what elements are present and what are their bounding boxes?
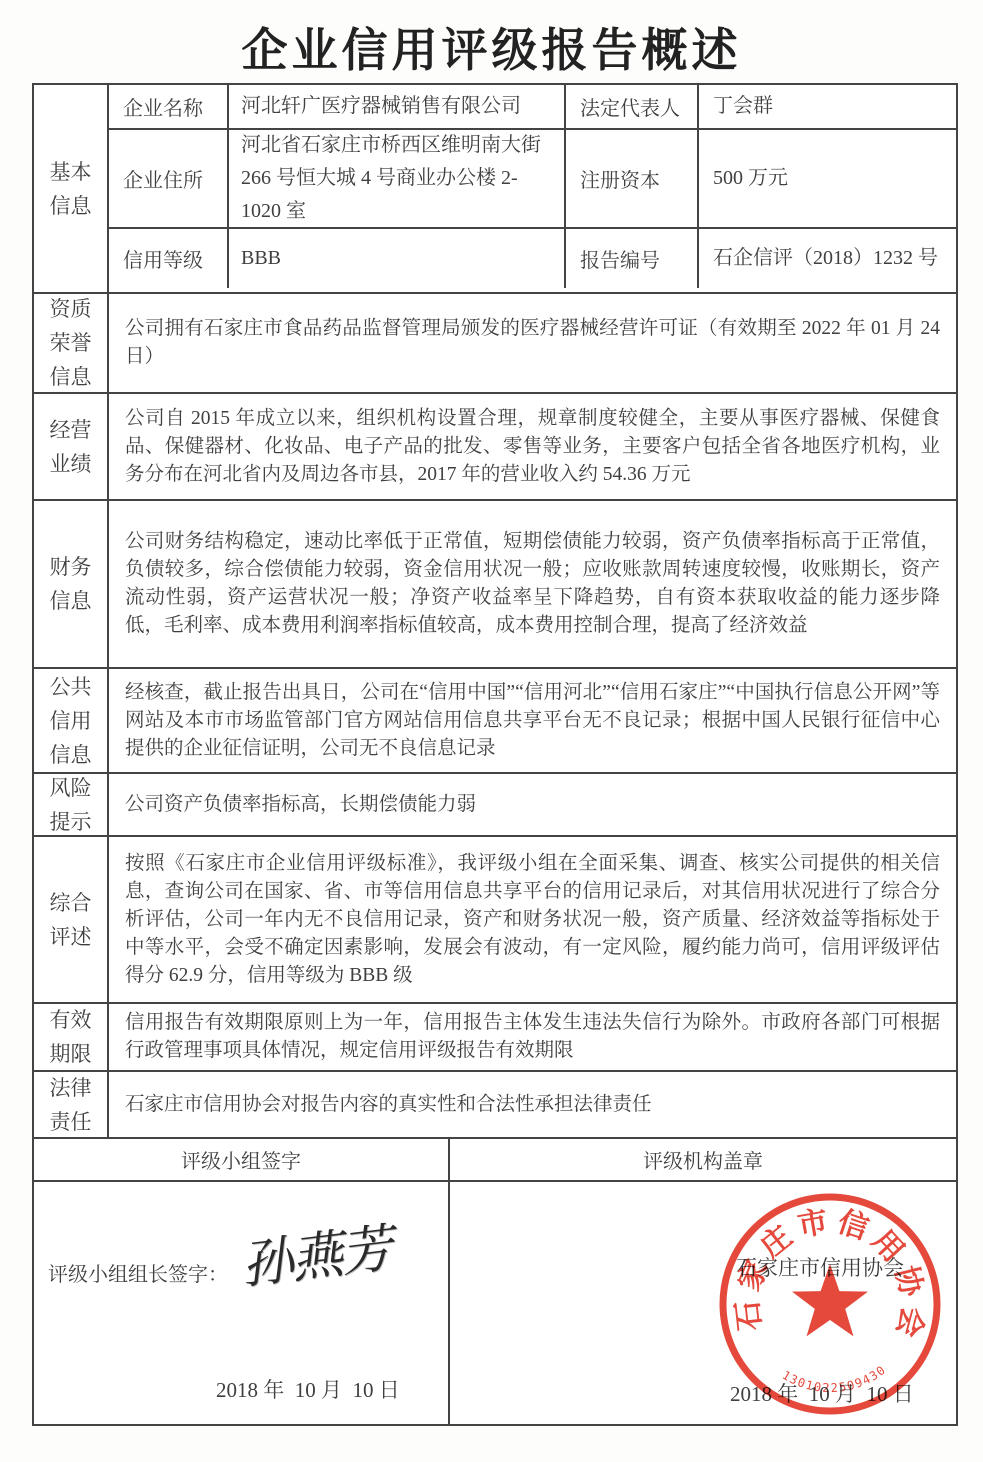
basic-info-grid: 企业名称 河北轩广医疗器械销售有限公司 法定代表人 丁会群 企业住所 河北省石家… — [107, 85, 956, 292]
seal-number: 1301022509430 — [780, 1362, 889, 1395]
official-seal-stamp: 石家庄市信用协会 1301022509430 — [714, 1188, 946, 1420]
table-row: 企业住所 河北省石家庄市桥西区维明南大街 266 号恒大城 4 号商业办公楼 2… — [109, 128, 956, 227]
star-icon — [792, 1264, 868, 1336]
svg-text:1301022509430: 1301022509430 — [780, 1362, 889, 1395]
section-content: 公司财务结构稳定，速动比率低于正常值，短期偿债能力较弱，资产负债率指标高于正常值… — [125, 528, 940, 640]
company-name-value: 河北轩广医疗器械销售有限公司 — [227, 85, 564, 128]
section-label: 综合评述 — [34, 837, 107, 1002]
legal-rep-label: 法定代表人 — [564, 85, 697, 128]
signature-cell: 评级小组组长签字： 孙燕芳 2018 年 10 月 10 日 — [34, 1182, 448, 1426]
validity-period-section: 有效期限 信用报告有效期限原则上为一年，信用报告主体发生违法失信行为除外。市政府… — [34, 1002, 956, 1070]
registered-capital-value: 500 万元 — [697, 130, 956, 227]
credit-grade-label: 信用等级 — [109, 229, 227, 288]
table-row: 企业名称 河北轩广医疗器械销售有限公司 法定代表人 丁会群 — [109, 85, 956, 128]
section-content: 公司拥有石家庄市食品药品监督管理局颁发的医疗器械经营许可证（有效期至 2022 … — [125, 315, 940, 371]
business-performance-section: 经营业绩 公司自 2015 年成立以来，组织机构设置合理，规章制度较健全，主要从… — [34, 392, 956, 499]
page-title: 企业信用评级报告概述 — [0, 14, 983, 80]
signoff-header-row: 评级小组签字 评级机构盖章 — [34, 1137, 956, 1180]
legal-rep-value: 丁会群 — [697, 85, 956, 128]
basic-info-label: 基本信息 — [34, 85, 107, 292]
company-address-label: 企业住所 — [109, 130, 227, 227]
rating-team-signature-header: 评级小组签字 — [34, 1139, 448, 1180]
leader-signature-label: 评级小组组长签字： — [48, 1258, 228, 1287]
public-credit-section: 公共信用信息 经核查，截止报告出具日，公司在“信用中国”“信用河北”“信用石家庄… — [34, 667, 956, 772]
seal-cell: 石家庄市信用协会 2018 年 10 月 10 日 石家庄市信用协会 13010… — [448, 1182, 956, 1426]
report-number-value: 石企信评（2018）1232 号 — [697, 229, 956, 288]
section-label: 经营业绩 — [34, 394, 107, 499]
rating-agency-seal-header: 评级机构盖章 — [448, 1139, 956, 1180]
qualification-honor-section: 资质荣誉信息 公司拥有石家庄市食品药品监督管理局颁发的医疗器械经营许可证（有效期… — [34, 292, 956, 392]
financial-info-section: 财务信息 公司财务结构稳定，速动比率低于正常值，短期偿债能力较弱，资产负债率指标… — [34, 499, 956, 667]
section-label: 资质荣誉信息 — [34, 294, 107, 392]
credit-grade-value: BBB — [227, 229, 564, 288]
section-label: 财务信息 — [34, 501, 107, 667]
section-content: 公司自 2015 年成立以来，组织机构设置合理，规章制度较健全，主要从事医疗器械… — [125, 405, 940, 489]
handwritten-signature: 孙燕芳 — [242, 1204, 400, 1299]
section-label: 法律责任 — [34, 1072, 107, 1137]
section-content: 公司资产负债率指标高，长期偿债能力弱 — [125, 791, 476, 819]
risk-warning-section: 风险提示 公司资产负债率指标高，长期偿债能力弱 — [34, 772, 956, 835]
section-content: 经核查，截止报告出具日，公司在“信用中国”“信用河北”“信用石家庄”“中国执行信… — [125, 679, 940, 763]
signature-date: 2018 年 10 月 10 日 — [216, 1374, 400, 1404]
section-content: 按照《石家庄市企业信用评级标准》，我评级小组在全面采集、调查、核实公司提供的相关… — [125, 850, 940, 990]
table-row: 信用等级 BBB 报告编号 石企信评（2018）1232 号 — [109, 227, 956, 288]
company-name-label: 企业名称 — [109, 85, 227, 128]
section-content: 信用报告有效期限原则上为一年，信用报告主体发生违法失信行为除外。市政府各部门可根… — [125, 1009, 940, 1065]
registered-capital-label: 注册资本 — [564, 130, 697, 227]
signoff-body-row: 评级小组组长签字： 孙燕芳 2018 年 10 月 10 日 石家庄市信用协会 … — [34, 1180, 956, 1424]
section-content: 石家庄市信用协会对报告内容的真实性和合法性承担法律责任 — [125, 1091, 652, 1119]
section-label: 公共信用信息 — [34, 669, 107, 772]
legal-liability-section: 法律责任 石家庄市信用协会对报告内容的真实性和合法性承担法律责任 — [34, 1070, 956, 1137]
section-label: 有效期限 — [34, 1004, 107, 1070]
report-number-label: 报告编号 — [564, 229, 697, 288]
report-table: 基本信息 企业名称 河北轩广医疗器械销售有限公司 法定代表人 丁会群 企业住所 … — [32, 83, 958, 1426]
section-label: 风险提示 — [34, 774, 107, 835]
company-address-value: 河北省石家庄市桥西区维明南大街 266 号恒大城 4 号商业办公楼 2-1020… — [227, 130, 564, 227]
comprehensive-review-section: 综合评述 按照《石家庄市企业信用评级标准》，我评级小组在全面采集、调查、核实公司… — [34, 835, 956, 1002]
basic-info-section: 基本信息 企业名称 河北轩广医疗器械销售有限公司 法定代表人 丁会群 企业住所 … — [34, 85, 956, 292]
